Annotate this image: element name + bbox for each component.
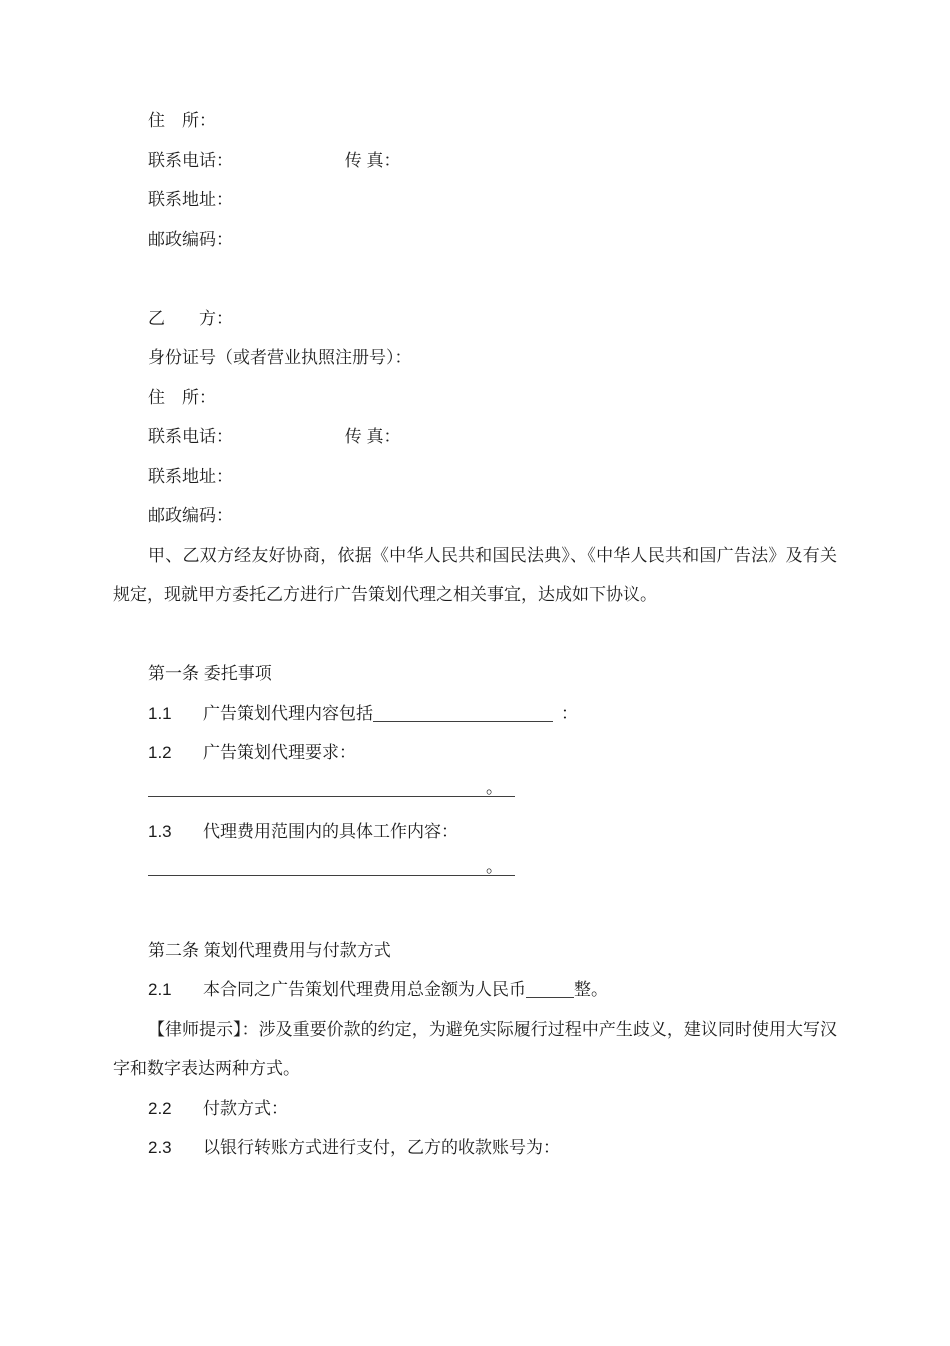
article-2-title: 第二条 策划代理费用与付款方式 xyxy=(113,931,837,971)
party-a-contact-address-label: 联系地址： xyxy=(148,190,233,209)
party-a-phone-fax-line: 联系电话： 传 真： xyxy=(113,141,837,181)
party-a-fax-label: 传 真： xyxy=(345,151,401,170)
item-2-2: 2.2付款方式： xyxy=(113,1089,837,1129)
item-2-3-number: 2.3 xyxy=(148,1128,203,1168)
party-b-id-label: 身份证号（或者营业执照注册号）： xyxy=(148,348,412,367)
preamble-paragraph: 甲、乙双方经友好协商，依据《中华人民共和国民法典》、《中华人民共和国广告法》及有… xyxy=(113,536,837,615)
party-b-title: 乙 方： xyxy=(148,309,233,328)
article-1-section: 第一条 委托事项 1.1广告策划代理内容包括： 1.2广告策划代理要求： 。 1… xyxy=(113,654,837,891)
party-b-contact-address-label: 联系地址： xyxy=(148,467,233,486)
party-a-address-label: 住 所： xyxy=(148,111,216,130)
party-b-title-line: 乙 方： xyxy=(113,299,837,339)
party-b-section: 乙 方： 身份证号（或者营业执照注册号）： 住 所： 联系电话： 传 真： 联系… xyxy=(113,299,837,536)
item-1-3: 1.3代理费用范围内的具体工作内容： xyxy=(113,812,837,852)
lawyer-tip-paragraph: 【律师提示】：涉及重要价款的约定，为避免实际履行过程中产生歧义，建议同时使用大写… xyxy=(113,1010,837,1089)
article-2-title-text: 第二条 策划代理费用与付款方式 xyxy=(148,941,391,960)
item-2-2-text: 付款方式： xyxy=(203,1099,288,1118)
party-a-phone-label: 联系电话： xyxy=(148,151,233,170)
item-2-3-text: 以银行转账方式进行支付，乙方的收款账号为： xyxy=(203,1138,560,1157)
article-1-title: 第一条 委托事项 xyxy=(113,654,837,694)
fill-in-blank-underline xyxy=(526,980,574,998)
party-b-address-line: 住 所： xyxy=(113,378,837,418)
party-b-phone-label: 联系电话： xyxy=(148,427,233,446)
contract-document-page: 住 所： 联系电话： 传 真： 联系地址： 邮政编码： 乙 方： 身份证号（或者… xyxy=(0,0,950,1346)
article-1-title-text: 第一条 委托事项 xyxy=(148,664,272,683)
fill-in-blank-underline xyxy=(373,704,553,722)
item-2-1: 2.1本合同之广告策划代理费用总金额为人民币整。 xyxy=(113,970,837,1010)
party-a-postal-code-label: 邮政编码： xyxy=(148,230,233,249)
item-1-3-text: 代理费用范围内的具体工作内容： xyxy=(203,822,458,841)
blank-fill-line: 。 xyxy=(113,852,837,892)
item-2-1-suffix: 整。 xyxy=(574,980,608,999)
article-2-section: 第二条 策划代理费用与付款方式 2.1本合同之广告策划代理费用总金额为人民币整。… xyxy=(113,931,837,1168)
party-b-id-line: 身份证号（或者营业执照注册号）： xyxy=(113,338,837,378)
party-b-address-label: 住 所： xyxy=(148,388,216,407)
item-1-3-number: 1.3 xyxy=(148,812,203,852)
item-1-2: 1.2广告策划代理要求： xyxy=(113,733,837,773)
blank-line-period: 。 xyxy=(486,779,503,796)
item-1-2-number: 1.2 xyxy=(148,733,203,773)
item-1-1-text: 广告策划代理内容包括 xyxy=(203,704,373,723)
item-2-1-number: 2.1 xyxy=(148,970,203,1010)
party-a-address-line: 住 所： xyxy=(113,101,837,141)
fill-in-blank-underline: 。 xyxy=(148,858,515,876)
party-b-postal-code-label: 邮政编码： xyxy=(148,506,233,525)
party-b-phone-fax-line: 联系电话： 传 真： xyxy=(113,417,837,457)
fill-in-blank-underline: 。 xyxy=(148,779,515,797)
blank-fill-line: 。 xyxy=(113,773,837,813)
item-2-3: 2.3以银行转账方式进行支付，乙方的收款账号为： xyxy=(113,1128,837,1168)
item-1-1: 1.1广告策划代理内容包括： xyxy=(113,694,837,734)
party-b-fax-label: 传 真： xyxy=(345,427,401,446)
blank-line-period: 。 xyxy=(486,858,503,875)
item-2-1-text: 本合同之广告策划代理费用总金额为人民币 xyxy=(203,980,526,999)
party-a-contact-address-line: 联系地址： xyxy=(113,180,837,220)
party-a-postal-code-line: 邮政编码： xyxy=(113,220,837,260)
item-2-2-number: 2.2 xyxy=(148,1089,203,1129)
document-content: 住 所： 联系电话： 传 真： 联系地址： 邮政编码： 乙 方： 身份证号（或者… xyxy=(0,0,950,1168)
item-1-1-number: 1.1 xyxy=(148,694,203,734)
item-1-2-text: 广告策划代理要求： xyxy=(203,743,356,762)
party-b-contact-address-line: 联系地址： xyxy=(113,457,837,497)
party-b-postal-code-line: 邮政编码： xyxy=(113,496,837,536)
item-1-1-colon: ： xyxy=(561,704,578,723)
